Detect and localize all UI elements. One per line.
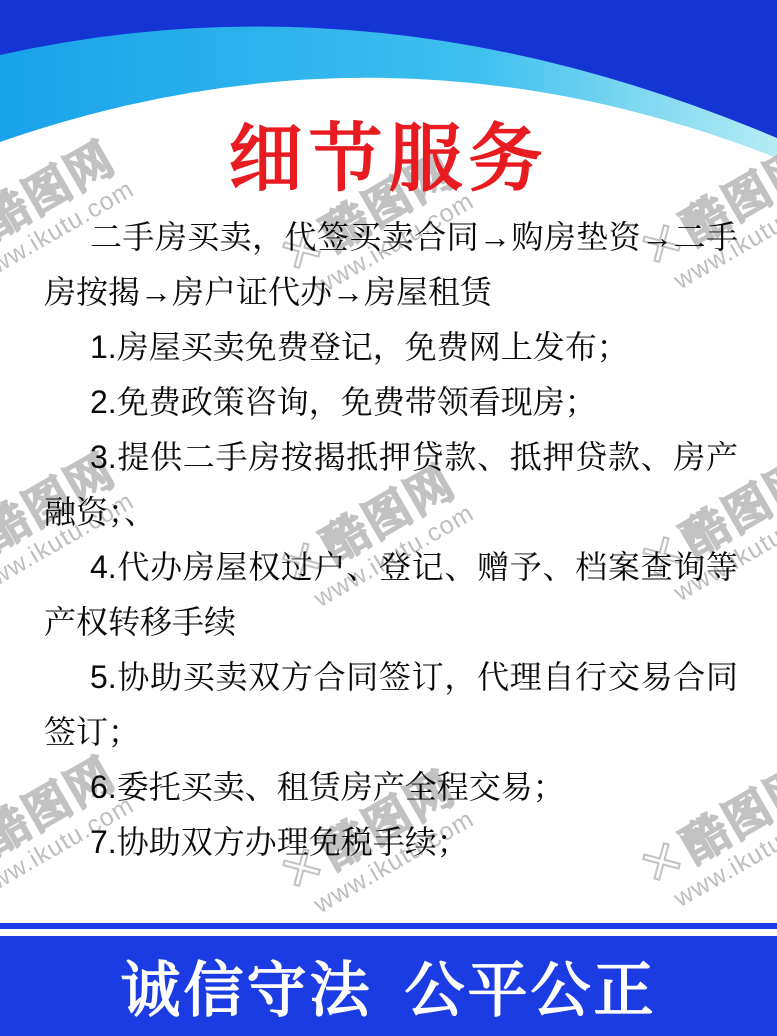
service-item-5: 5.协助买卖双方合同签订，代理自行交易合同签订； [44,650,738,760]
service-item-6: 6.委托买卖、租赁房产全程交易； [44,760,738,815]
footer-slogan-left: 诚信守法 [121,943,373,1029]
service-item-7: 7.协助双方办理免税手续； [44,815,738,870]
service-list: 二手房买卖，代签买卖合同→购房垫资→二手房按揭→房户证代办→房屋租赁 1.房屋买… [44,210,738,870]
poster-page: ✕酷图网 www.ikutu.com ✕酷图网 www.ikutu.com ✕酷… [0,0,777,1036]
page-title: 细节服务 [0,100,777,206]
intro-paragraph: 二手房买卖，代签买卖合同→购房垫资→二手房按揭→房户证代办→房屋租赁 [44,210,738,320]
service-item-4: 4.代办房屋权过户、登记、赠予、档案查询等产权转移手续 [44,540,738,650]
footer-slogan-right: 公平公正 [405,943,657,1029]
service-item-1: 1.房屋买卖免费登记，免费网上发布； [44,320,738,375]
footer-divider-line [0,923,777,929]
footer-banner: 诚信守法 公平公正 [0,936,777,1036]
service-item-3: 3.提供二手房按揭抵押贷款、抵押贷款、房产融资；、 [44,430,738,540]
service-item-2: 2.免费政策咨询，免费带领看现房； [44,375,738,430]
